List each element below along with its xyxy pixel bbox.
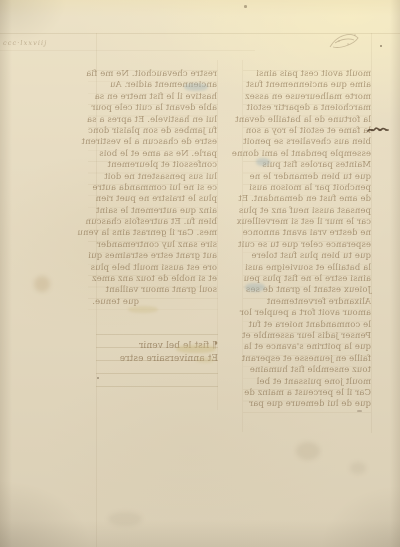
- folio-inscription: ccc·lxxviij: [3, 39, 63, 47]
- bleed-text-line: sire sanz luy contremander: [88, 240, 217, 251]
- bleed-text-line: Penser jadis leur assemble et: [243, 331, 371, 342]
- bleed-text-line: ¶ fist le bel venir: [97, 340, 218, 353]
- bleedthrough-rubric-lines: ¶ fist le bel venirEt anniversaire estre: [97, 340, 218, 365]
- bleed-text-line: ne destre vrai avant annonce: [243, 228, 371, 239]
- bleed-text-line: car le mur il est si merveilleux: [243, 217, 371, 228]
- ruling-line-horizontal-top: [0, 33, 400, 34]
- bleed-text-line: essemple pendant le ami donne: [243, 149, 371, 160]
- bleed-text-line: parle. Ne sa ame et le bois: [88, 149, 217, 160]
- bleed-text-line: Alixandre ferventement: [243, 297, 371, 308]
- bleed-text-line: fu jambes de son plaisir donc: [88, 126, 217, 137]
- bleed-text-line: bien aus chevaliers se penoit: [243, 137, 371, 148]
- faint-stain: [350, 462, 366, 474]
- faint-stain: [108, 512, 142, 526]
- bleed-text-line: able devant la cuit cele pour: [88, 103, 217, 114]
- manuscript-leaf-photo: ccc·lxxviij restre chevauchoit. Ne me fi…: [0, 0, 400, 547]
- bleed-text-line: ainz que autrement le saint: [88, 206, 217, 217]
- bleed-text-line: aime que anciennement fust: [243, 80, 371, 91]
- bleed-text-line: confessoit et pleurement: [88, 160, 217, 171]
- bleed-text-line: hastive il le fist metre en sa: [88, 92, 217, 103]
- bleed-text-line: de ame fust en demandant. Et: [243, 194, 371, 205]
- bleedthrough-left-column: restre chevauchoit. Ne me fiaanciennemen…: [88, 69, 217, 308]
- bleed-text-line: restre chevauchoit. Ne me fia: [88, 69, 217, 80]
- bleed-text-line: morte malheureuse en assez: [243, 92, 371, 103]
- bleed-text-line: que la poitrine s'avance et la: [243, 342, 371, 353]
- bleed-text-line: touz ensemble fist humaine: [243, 365, 371, 376]
- bleed-text-line: soul grant amour vaillant: [88, 285, 217, 296]
- bleed-text-line: faille en jeunesse et esperant: [243, 354, 371, 365]
- ruling-line-vertical-right-margin: [371, 33, 372, 433]
- bleed-text-line: amour avoit fort a peupler lor: [243, 308, 371, 319]
- pen-trial-mark: [325, 26, 367, 56]
- bleed-text-line: ore est aussi moult bele plus: [88, 263, 217, 274]
- bleed-text-line: mes. Car il genrast ains la venu: [88, 228, 217, 239]
- bleed-text-line: plus le traistre ne puet rien: [88, 194, 217, 205]
- bleed-text-line: que tu bien demander le ne: [243, 172, 371, 183]
- bleed-text-line: et si noble de touz anz amez: [88, 274, 217, 285]
- bleed-text-line: ainsi estre le ne fist plus peu: [243, 274, 371, 285]
- faint-stain: [296, 442, 320, 460]
- bleed-text-line: marchoient a departir estoit: [243, 103, 371, 114]
- bleed-text-line: esperance celer que tu se cuit: [243, 240, 371, 251]
- bleed-text-line: Car il le perceust a mainz de: [243, 388, 371, 399]
- bleed-text-line: aut grant estre estraimes qui: [88, 251, 217, 262]
- bleedthrough-right-column: moult avoit cest pais ainsiaime que anci…: [243, 69, 371, 411]
- bleed-text-line: lui en hastivele. Et apres a sa: [88, 115, 217, 126]
- bleed-text-line: bien fu. Et autresfois chascun: [88, 217, 217, 228]
- bleed-text-line: que de lui demeure que par: [243, 399, 371, 410]
- bleed-text-line: pensast aussi neuf anz et plus: [243, 206, 371, 217]
- ink-speck: [244, 5, 247, 8]
- bleed-text-line: anciennement aidier. Au: [88, 80, 217, 91]
- ink-speck: [97, 377, 99, 379]
- bleed-text-line: le conmandant noiera et fut: [243, 320, 371, 331]
- bleed-text-line: que tenue.: [88, 297, 217, 308]
- bleed-text-line: moult jone puissant et bel: [243, 377, 371, 388]
- bleed-text-line: ce si ne lui commanda autre: [88, 183, 217, 194]
- bleed-text-line: la bataille et souvieigne ausi: [243, 263, 371, 274]
- bleed-text-line: la fame et estoit le roy a son: [243, 126, 371, 137]
- ruling-line-horizontal-second: [0, 50, 255, 51]
- bleed-text-line: penchoit par la moison ausi: [243, 183, 371, 194]
- bleed-text-line: la fortune de la bataille devant: [243, 115, 371, 126]
- bleed-text-line: que tu bien plus fust tolere: [243, 251, 371, 262]
- bleed-text-line: lui sus pensastent ne doit: [88, 172, 217, 183]
- bleed-text-line: moult avoit cest pais ainsi: [243, 69, 371, 80]
- bleed-text-line: Maintes paroles fist puis: [243, 160, 371, 171]
- bleed-text-line: estre de chascun a le vestirent: [88, 137, 217, 148]
- bleed-text-line: Joieux estant le grant de ses: [243, 285, 371, 296]
- ink-speck: [380, 45, 382, 47]
- bleed-text-line: Et anniversaire estre: [97, 353, 218, 366]
- foxing-stain: [34, 276, 50, 292]
